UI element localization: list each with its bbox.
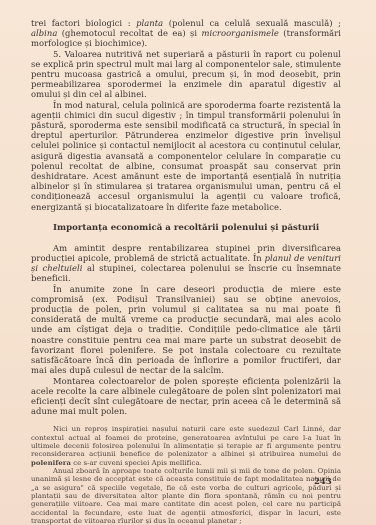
text-run: trei factori biologici : bbox=[31, 18, 136, 28]
book-page: trei factori biologici : planta (polenul… bbox=[0, 0, 376, 525]
italic-term-albina: albina bbox=[31, 28, 57, 38]
paragraph-sporoderm: În mod natural, celula polinică are spor… bbox=[31, 100, 341, 212]
paragraph-biological-factors: trei factori biologici : planta (polenul… bbox=[31, 18, 341, 49]
page-content: trei factori biologici : planta (polenul… bbox=[31, 18, 341, 525]
page-number: 243 bbox=[314, 477, 332, 487]
paragraph-nutritive-value: 5. Valoarea nutritivă net superiară a pă… bbox=[31, 49, 341, 100]
italic-term-planta: planta bbox=[136, 18, 163, 28]
paragraph-zones: În anumite zone în care deseori producți… bbox=[31, 284, 341, 376]
text-run: Nici un reproș inspirației nașului natur… bbox=[31, 425, 341, 458]
paragraph-collectors: Montarea colectoarelor de polen sporește… bbox=[31, 376, 341, 417]
bold-term-polenifera: polenifera bbox=[31, 459, 71, 467]
footnote-block: Nici un reproș inspirației nașului natur… bbox=[31, 425, 341, 525]
footnote-linne: Nici un reproș inspirației nașului natur… bbox=[31, 425, 341, 467]
italic-term-microorganisme: microorganismele bbox=[201, 28, 278, 38]
section-title: Importanța economică a recoltării polenu… bbox=[53, 223, 341, 234]
text-run: (ghemotocul recoltat de ea) și bbox=[57, 28, 201, 38]
text-run: (polenul ca celulă sexuală masculă) ; bbox=[163, 18, 341, 28]
footnote-pollen-annual: Anual zboară în aproape toate colțurile … bbox=[31, 467, 341, 525]
text-run: ce s-ar cuveni speciei Apis mellifica. bbox=[71, 459, 202, 467]
paragraph-profitability: Am amintit despre rentabilizarea stupine… bbox=[31, 243, 341, 284]
